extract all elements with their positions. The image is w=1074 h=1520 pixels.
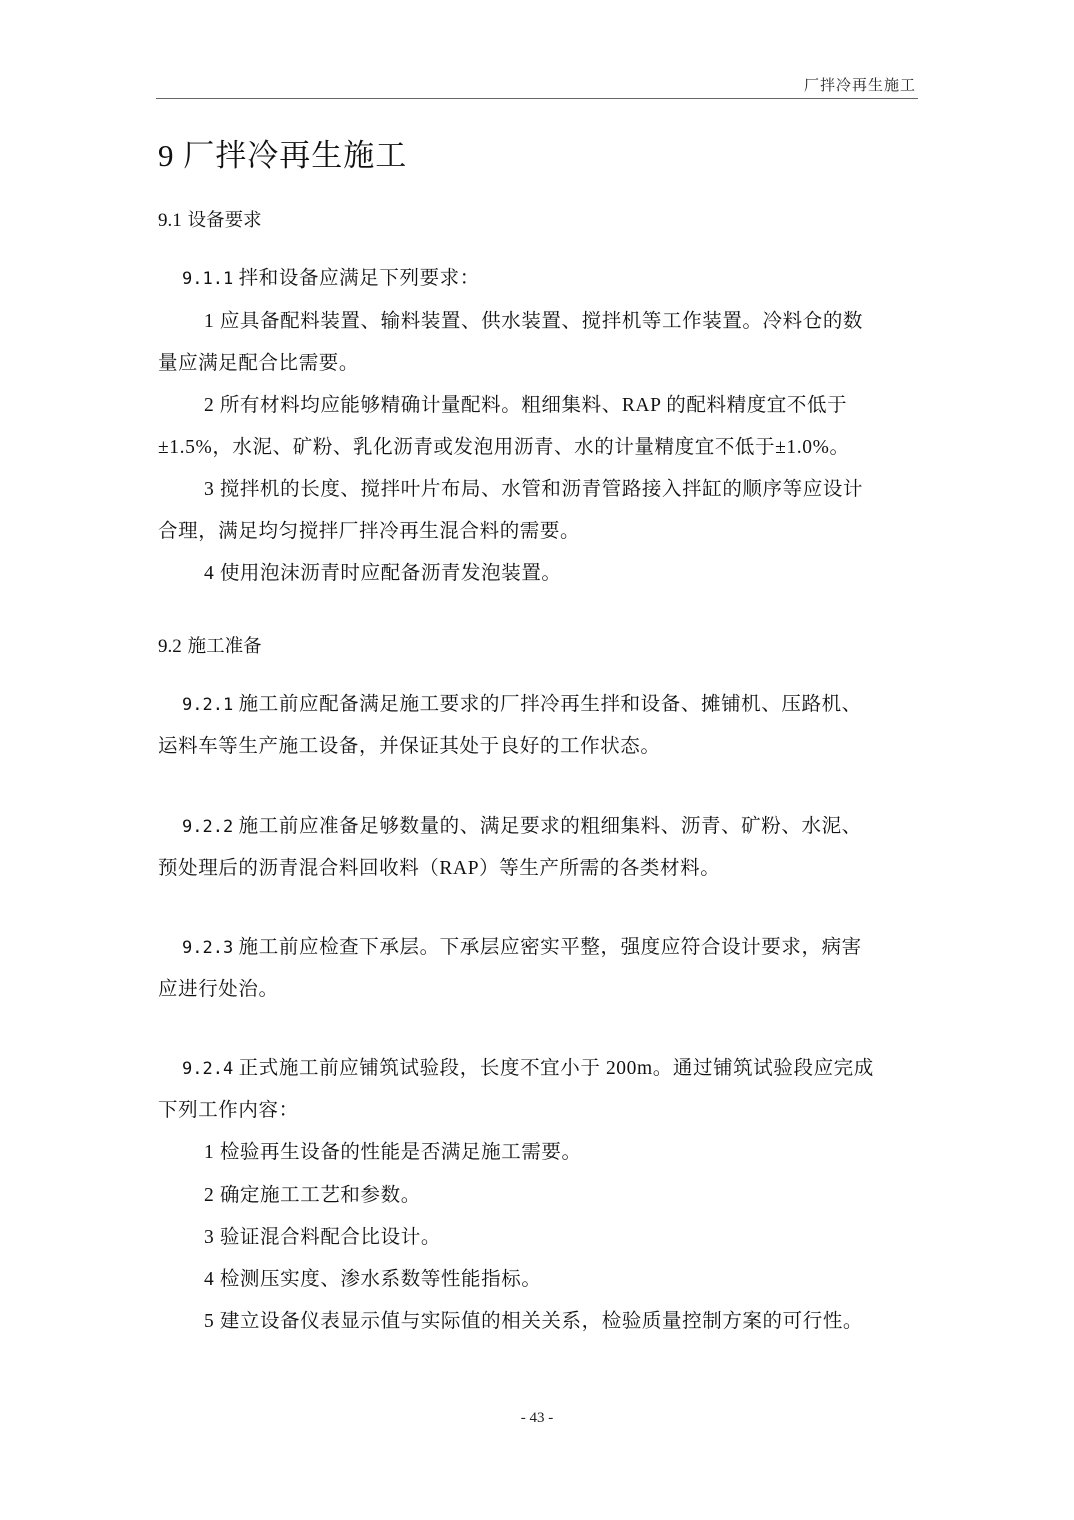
clause-text-line: 下列工作内容： — [158, 1094, 299, 1122]
section-title-text: 施工准备 — [188, 636, 262, 657]
list-item: 5 建立设备仪表显示值与实际值的相关关系，检验质量控制方案的可行性。 — [204, 1305, 863, 1333]
clause-9-1-1: 9.1.1 拌和设备应满足下列要求： — [182, 262, 480, 290]
clause-text: 正式施工前应铺筑试验段，长度不宜小于 200m。通过铺筑试验段应完成 — [239, 1058, 874, 1079]
clause-text: 施工前应配备满足施工要求的厂拌冷再生拌和设备、摊铺机、压路机、 — [239, 694, 862, 715]
clause-text: 拌和设备应满足下列要求： — [239, 268, 480, 289]
chapter-title: 9 厂拌冷再生施工 — [158, 130, 407, 175]
clause-9-2-3: 9.2.3 施工前应检查下承层。下承层应密实平整，强度应符合设计要求，病害 — [182, 931, 862, 959]
clause-number: 9.2.4 — [182, 1059, 233, 1079]
section-number: 9.1 — [158, 210, 182, 231]
section-heading-9-2: 9.2 施工准备 — [158, 632, 262, 658]
clause-9-2-2: 9.2.2 施工前应准备足够数量的、满足要求的粗细集料、沥青、矿粉、水泥、 — [182, 810, 862, 838]
header-divider — [156, 98, 918, 99]
list-item: 3 验证混合料配合比设计。 — [204, 1221, 441, 1249]
section-number: 9.2 — [158, 636, 182, 657]
list-item-line: 2 所有材料均应能够精确计量配料。粗细集料、RAP 的配料精度宜不低于 — [204, 389, 847, 417]
clause-text-line: 预处理后的沥青混合料回收料（RAP）等生产所需的各类材料。 — [158, 852, 720, 880]
clause-text-line: 运料车等生产施工设备，并保证其处于良好的工作状态。 — [158, 730, 661, 758]
section-heading-9-1: 9.1 设备要求 — [158, 206, 262, 232]
list-item: 4 检测压实度、渗水系数等性能指标。 — [204, 1263, 541, 1291]
clause-number: 9.2.3 — [182, 938, 233, 958]
list-item-line: 合理，满足均匀搅拌厂拌冷再生混合料的需要。 — [158, 515, 580, 543]
list-item-line: 3 搅拌机的长度、搅拌叶片布局、水管和沥青管路接入拌缸的顺序等应设计 — [204, 473, 863, 501]
clause-9-2-4: 9.2.4 正式施工前应铺筑试验段，长度不宜小于 200m。通过铺筑试验段应完成 — [182, 1052, 874, 1080]
list-item-line: ±1.5%，水泥、矿粉、乳化沥青或发泡用沥青、水的计量精度宜不低于±1.0%。 — [158, 431, 850, 459]
clause-text: 施工前应检查下承层。下承层应密实平整，强度应符合设计要求，病害 — [239, 937, 862, 958]
list-item-line: 1 应具备配料装置、输料装置、供水装置、搅拌机等工作装置。冷料仓的数 — [204, 305, 863, 333]
section-title-text: 设备要求 — [188, 210, 262, 231]
running-header: 厂拌冷再生施工 — [156, 74, 916, 95]
list-item: 1 检验再生设备的性能是否满足施工需要。 — [204, 1136, 582, 1164]
document-page: 厂拌冷再生施工 9 厂拌冷再生施工 9.1 设备要求 9.1.1 拌和设备应满足… — [0, 0, 1074, 1520]
list-item: 2 确定施工工艺和参数。 — [204, 1179, 421, 1207]
clause-text-line: 应进行处治。 — [158, 973, 279, 1001]
clause-number: 9.2.1 — [182, 695, 233, 715]
list-item-line: 4 使用泡沫沥青时应配备沥青发泡装置。 — [204, 557, 562, 585]
clause-text: 施工前应准备足够数量的、满足要求的粗细集料、沥青、矿粉、水泥、 — [239, 816, 862, 837]
page-number: - 43 - — [0, 1410, 1074, 1427]
clause-number: 9.1.1 — [182, 269, 233, 289]
clause-9-2-1: 9.2.1 施工前应配备满足施工要求的厂拌冷再生拌和设备、摊铺机、压路机、 — [182, 688, 862, 716]
list-item-line: 量应满足配合比需要。 — [158, 347, 359, 375]
clause-number: 9.2.2 — [182, 817, 233, 837]
